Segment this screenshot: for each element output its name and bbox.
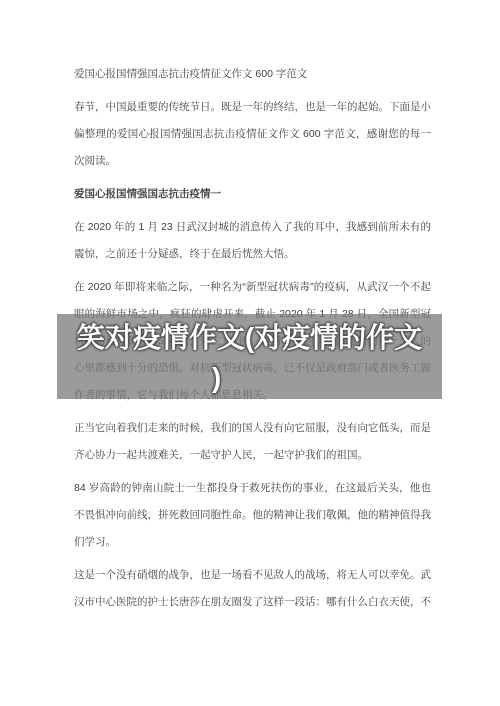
watermark-title-line-2: )	[212, 358, 221, 398]
article-page: 爱国心报国情强国志抗击疫情征文作文 600 字范文 春节，中国最重要的传统节日。…	[0, 0, 500, 706]
body-paragraph: 这是一个没有硝烟的战争，也是一场看不见敌人的战场，将无人可以幸免。武汉市中心医院…	[74, 562, 431, 616]
watermark-title-line-1: 笑对疫情作文(对疫情的作文	[77, 318, 422, 358]
body-paragraph: 正当它向着我们走来的时候，我们的国人没有向它屈服，没有向它低头，而是齐心协力一起…	[74, 415, 431, 469]
body-paragraph: 在 2020 年的 1 月 23 日武汉封城的消息传入了我的耳中，我感到前所未有…	[74, 214, 431, 268]
section-heading: 爱国心报国情强国志抗击疫情一	[74, 181, 431, 208]
intro-paragraph: 春节，中国最重要的传统节日。既是一年的终结，也是一年的起始。下面是小偏整理的爱国…	[74, 94, 431, 175]
body-paragraph: 84 岁高龄的钟南山院士一生都投身于救死扶伤的事业，在这最后关头，他也不畏惧冲向…	[74, 475, 431, 556]
watermark-overlay: 笑对疫情作文(对疫情的作文 )	[57, 314, 442, 399]
article-title: 爱国心报国情强国志抗击疫情征文作文 600 字范文	[74, 61, 431, 88]
